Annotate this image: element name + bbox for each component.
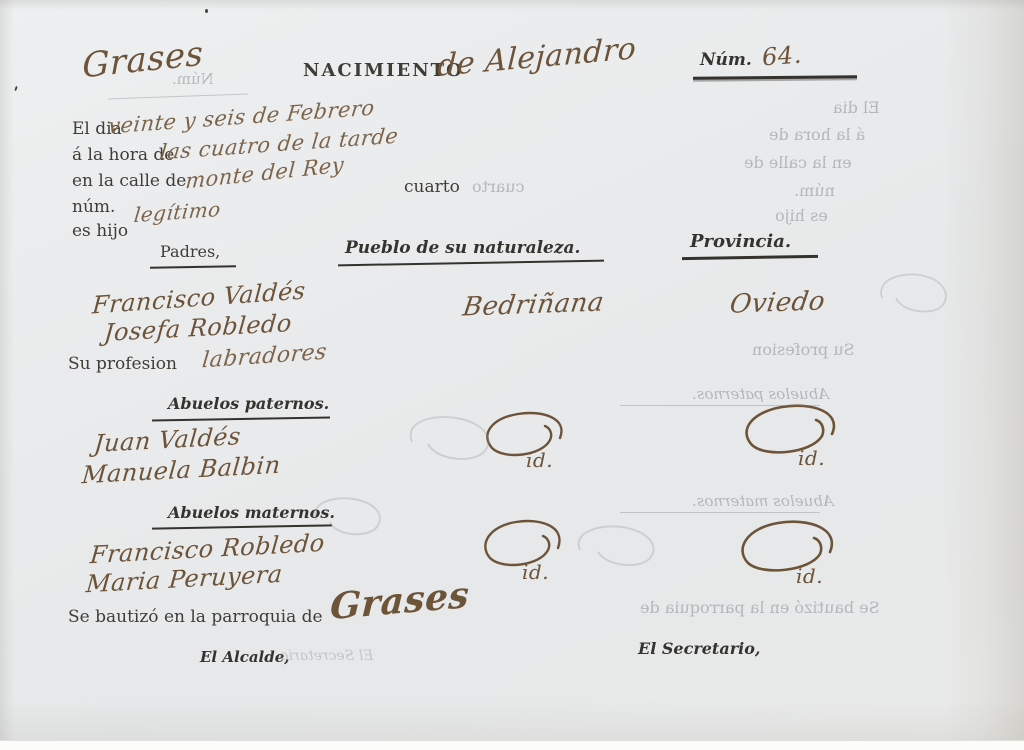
photo-background-strip bbox=[0, 740, 1024, 750]
paternal-provincia-idem: id. bbox=[732, 400, 872, 485]
maternal-provincia-idem: id. bbox=[726, 516, 871, 606]
bleed-flourish-loop bbox=[300, 494, 390, 544]
padres-underline bbox=[150, 265, 236, 269]
bleed-maternal-header: Abuelos maternos. bbox=[692, 492, 834, 510]
bleed-num2-label: núm. bbox=[775, 181, 835, 200]
paper-edge-right bbox=[944, 0, 1024, 740]
paper-edge-top bbox=[0, 0, 1024, 10]
cuarto-label: cuarto bbox=[404, 177, 460, 197]
child-label: es hijo bbox=[72, 221, 128, 241]
bleed-profession-label: Su profesion bbox=[752, 340, 855, 359]
secretario-label: El Secretario, bbox=[638, 639, 760, 658]
profession-label: Su profesion bbox=[68, 354, 177, 374]
bleed-street-label: en la calle de bbox=[722, 153, 852, 172]
bleed-hour-label: á la hora de bbox=[745, 125, 865, 144]
parents-pueblo: Bedriñana bbox=[461, 287, 606, 322]
paper-edge-bottom bbox=[0, 700, 1024, 740]
provincia-underline bbox=[682, 255, 818, 260]
baptism-value: Grases bbox=[329, 574, 470, 629]
header-padres: Padres, bbox=[160, 242, 220, 261]
bleed-paternal-header: Abuelos paternos. bbox=[692, 385, 829, 403]
bleed-num-label: Núm. bbox=[172, 70, 214, 88]
town-underline bbox=[108, 94, 248, 100]
num-value: 64. bbox=[761, 41, 803, 72]
alcalde-label: El Alcalde, bbox=[200, 648, 290, 666]
name-handwritten: de Alejandro bbox=[436, 31, 637, 84]
bleed-child-label: es hijo bbox=[762, 206, 828, 225]
num-field-label: núm. bbox=[72, 197, 115, 217]
idem-flourish-loop bbox=[726, 516, 861, 584]
num-underline bbox=[693, 75, 857, 79]
bleed-cuarto-label: cuarto bbox=[472, 177, 525, 196]
idem-flourish-loop bbox=[732, 400, 862, 466]
baptism-label: Se bautizó en la parroquia de bbox=[68, 607, 323, 627]
birth-record-page: Grases Núm. NACIMIENTO de Alejandro Núm.… bbox=[0, 0, 1024, 750]
paper-sheet: Grases Núm. NACIMIENTO de Alejandro Núm.… bbox=[0, 0, 1024, 740]
ink-speck bbox=[14, 86, 18, 91]
bleed-paternal-underline bbox=[620, 405, 820, 406]
bleed-flourish-loop bbox=[392, 412, 502, 476]
bleed-maternal-underline bbox=[620, 512, 820, 513]
bleed-baptism-label: Se bautizó en la parroquia de bbox=[640, 598, 880, 617]
bleed-flourish-loop bbox=[560, 520, 670, 580]
num-label: Núm. bbox=[700, 50, 752, 70]
profession-value: labradores bbox=[201, 340, 328, 374]
header-provincia: Provincia. bbox=[690, 231, 791, 252]
pueblo-underline bbox=[338, 260, 604, 267]
child-value: legítimo bbox=[133, 197, 222, 227]
parents-provincia: Oviedo bbox=[728, 286, 827, 319]
paternal-underline bbox=[152, 416, 330, 421]
paper-edge-left bbox=[0, 0, 14, 740]
bleed-day-label: El dia bbox=[790, 98, 880, 117]
paternal-grandfather: Juan Valdés bbox=[93, 422, 242, 458]
paternal-provincia-idem-text: id. bbox=[798, 446, 825, 470]
header-pueblo: Pueblo de su naturaleza. bbox=[345, 238, 580, 258]
paternal-pueblo-idem-text: id. bbox=[526, 448, 553, 472]
maternal-pueblo-idem-text: id. bbox=[522, 560, 549, 584]
bleed-secretario-label: El Secretario bbox=[280, 648, 373, 664]
street-label: en la calle de bbox=[72, 171, 186, 191]
paternal-header: Abuelos paternos. bbox=[168, 394, 329, 413]
maternal-provincia-idem-text: id. bbox=[796, 564, 823, 588]
